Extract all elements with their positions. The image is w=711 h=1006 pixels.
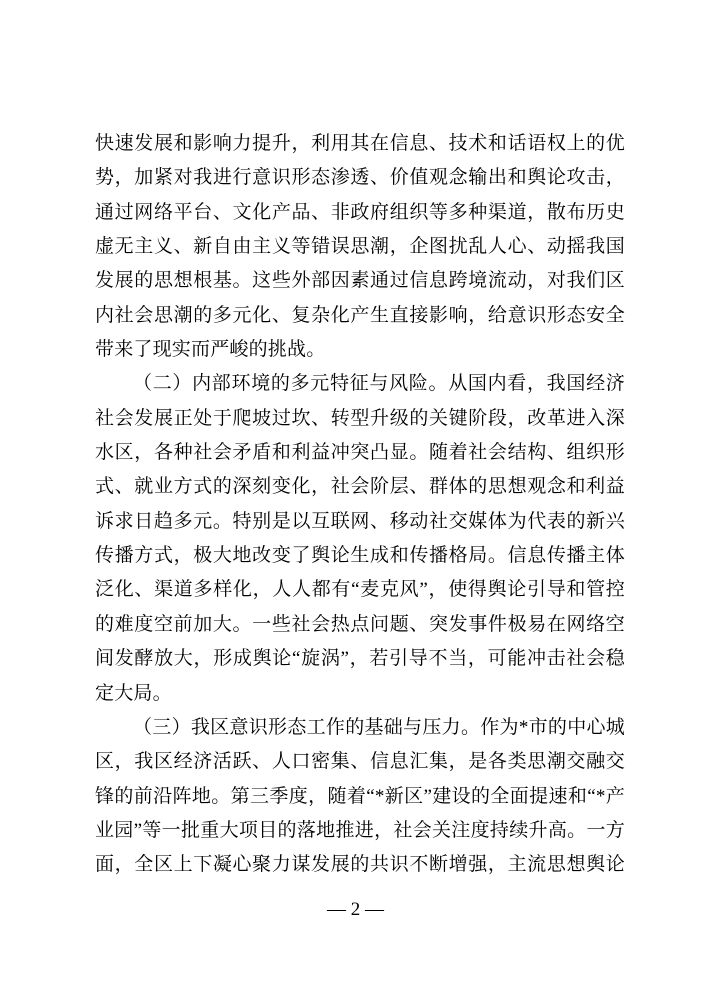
text-line: 区，我区经济活跃、人口密集、信息汇集，是各类思潮交融交 (95, 745, 625, 779)
text-line: 快速发展和影响力提升，利用其在信息、技术和话语权上的优 (95, 127, 625, 161)
text-line: 诉求日趋多元。特别是以互联网、移动社交媒体为代表的新兴 (95, 505, 625, 539)
text-line: 社会发展正处于爬坡过坎、转型升级的关键阶段，改革进入深 (95, 402, 625, 436)
text-line: 式、就业方式的深刻变化，社会阶层、群体的思想观念和利益 (95, 470, 625, 504)
text-line: 传播方式，极大地改变了舆论生成和传播格局。信息传播主体 (95, 539, 625, 573)
text-line: 通过网络平台、文化产品、非政府组织等多种渠道，散布历史 (95, 196, 625, 230)
text-line: 业园”等一批重大项目的落地推进，社会关注度持续升高。一方 (95, 814, 625, 848)
text-line: 锋的前沿阵地。第三季度，随着“*新区”建设的全面提速和“*产 (95, 780, 625, 814)
document-page: 快速发展和影响力提升，利用其在信息、技术和话语权上的优势，加紧对我进行意识形态渗… (0, 0, 711, 1006)
text-line: 定大局。 (95, 677, 625, 711)
text-line: 的难度空前加大。一些社会热点问题、突发事件极易在网络空 (95, 608, 625, 642)
document-body: 快速发展和影响力提升，利用其在信息、技术和话语权上的优势，加紧对我进行意识形态渗… (95, 127, 625, 883)
text-line: （三）我区意识形态工作的基础与压力。作为*市的中心城 (95, 711, 625, 745)
text-line: 发展的思想根基。这些外部因素通过信息跨境流动，对我们区 (95, 264, 625, 298)
text-line: 泛化、渠道多样化，人人都有“麦克风”，使得舆论引导和管控 (95, 573, 625, 607)
text-line: 间发酵放大，形成舆论“旋涡”，若引导不当，可能冲击社会稳 (95, 642, 625, 676)
text-line: 内社会思潮的多元化、复杂化产生直接影响，给意识形态安全 (95, 299, 625, 333)
text-line: （二）内部环境的多元特征与风险。从国内看，我国经济 (95, 367, 625, 401)
text-line: 带来了现实而严峻的挑战。 (95, 333, 625, 367)
text-line: 虚无主义、新自由主义等错误思潮，企图扰乱人心、动摇我国 (95, 230, 625, 264)
text-line: 水区，各种社会矛盾和利益冲突凸显。随着社会结构、组织形 (95, 436, 625, 470)
text-line: 面，全区上下凝心聚力谋发展的共识不断增强，主流思想舆论 (95, 848, 625, 882)
page-number: — 2 — (0, 897, 711, 923)
text-line: 势，加紧对我进行意识形态渗透、价值观念输出和舆论攻击， (95, 161, 625, 195)
